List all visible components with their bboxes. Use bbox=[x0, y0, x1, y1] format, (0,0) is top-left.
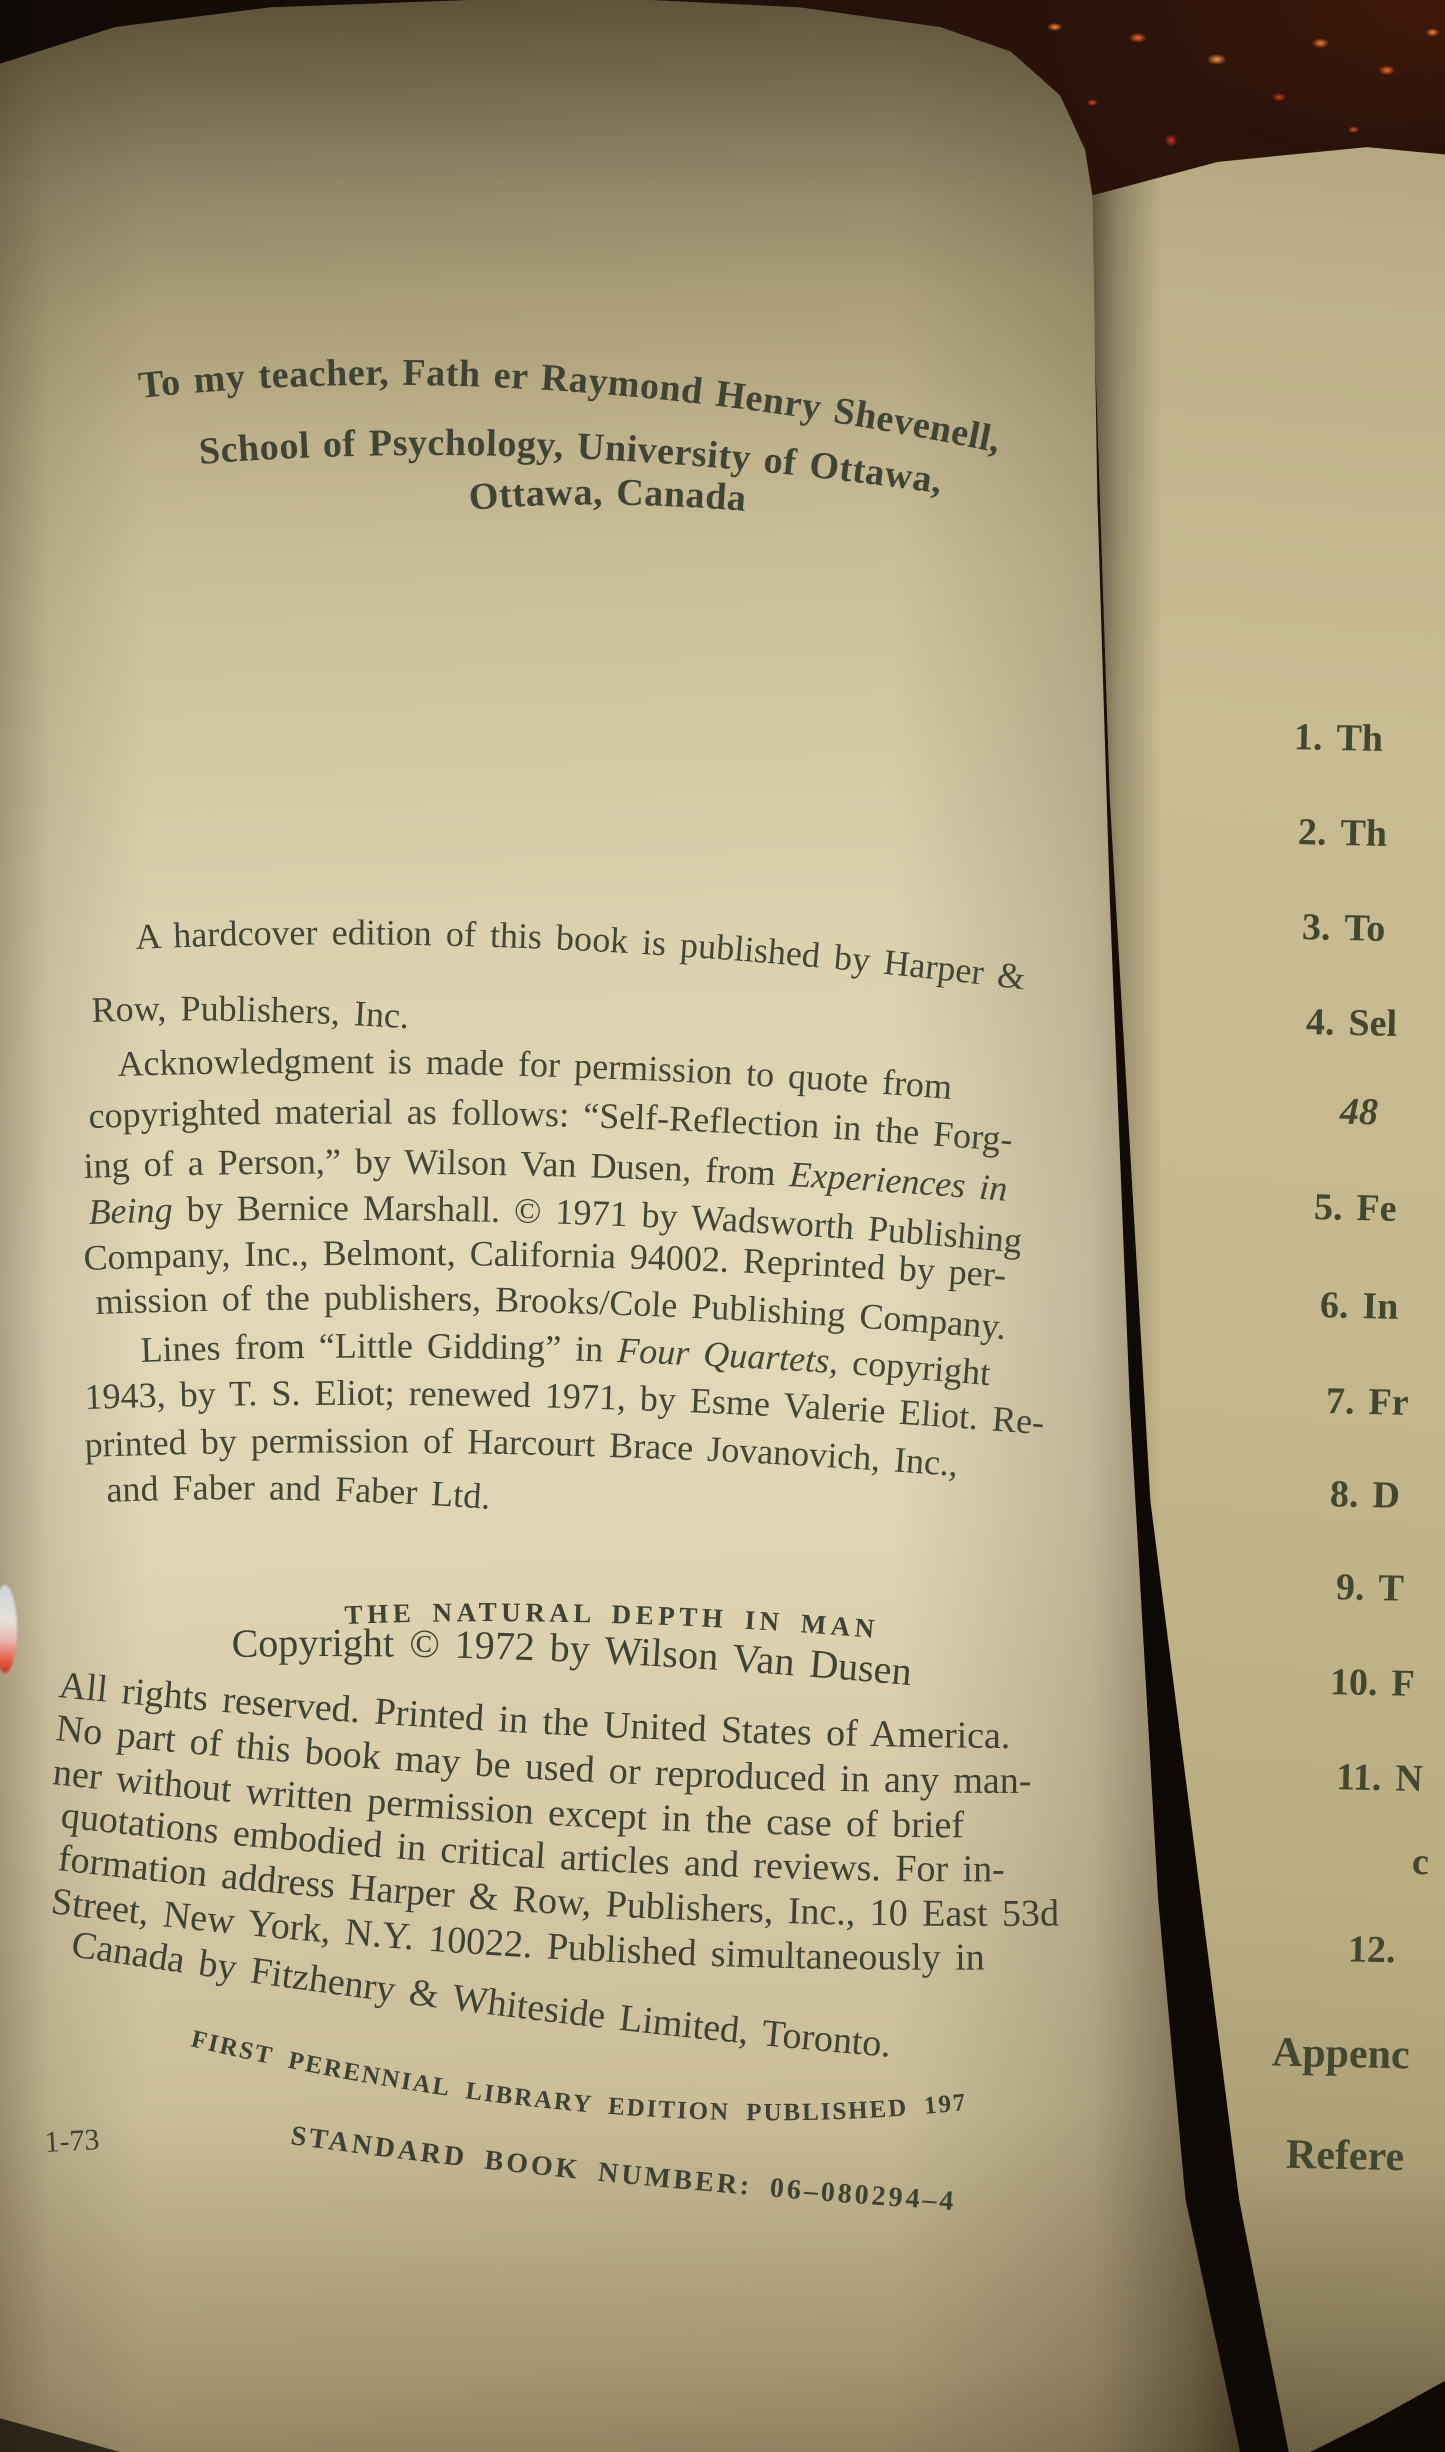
toc-entry-2: 2.Th bbox=[1298, 810, 1388, 856]
toc-entry-11: 11.N bbox=[1336, 1755, 1424, 1801]
toc-entry-4: 4.Sel bbox=[1306, 1000, 1398, 1046]
toc-entry-12: 12. bbox=[1348, 1927, 1410, 1972]
book-page-copyright bbox=[0, 0, 1240, 2452]
toc-entry-1: 1.Th bbox=[1294, 715, 1384, 761]
toc-entry-11-continuation: c bbox=[1412, 1840, 1430, 1884]
toc-appendix: Appenc bbox=[1272, 2029, 1411, 2080]
paper-grain bbox=[0, 0, 1240, 2452]
toc-page-number-48: 48 bbox=[1340, 1090, 1379, 1135]
toc-entry-8: 8.D bbox=[1330, 1472, 1401, 1517]
toc-entry-7: 7.Fr bbox=[1326, 1379, 1409, 1425]
toc-entry-9: 9.T bbox=[1336, 1565, 1405, 1610]
toc-references: Refere bbox=[1286, 2131, 1405, 2181]
toc-entry-5: 5.Fe bbox=[1314, 1185, 1397, 1231]
toc-entry-3: 3.To bbox=[1302, 905, 1386, 951]
book-photo: 1.Th 2.Th 3.To 4.Sel 48 5.Fe 6.In 7.Fr 8… bbox=[0, 0, 1445, 2452]
toc-entry-6: 6.In bbox=[1320, 1283, 1399, 1329]
toc-entry-10: 10.F bbox=[1330, 1660, 1416, 1706]
